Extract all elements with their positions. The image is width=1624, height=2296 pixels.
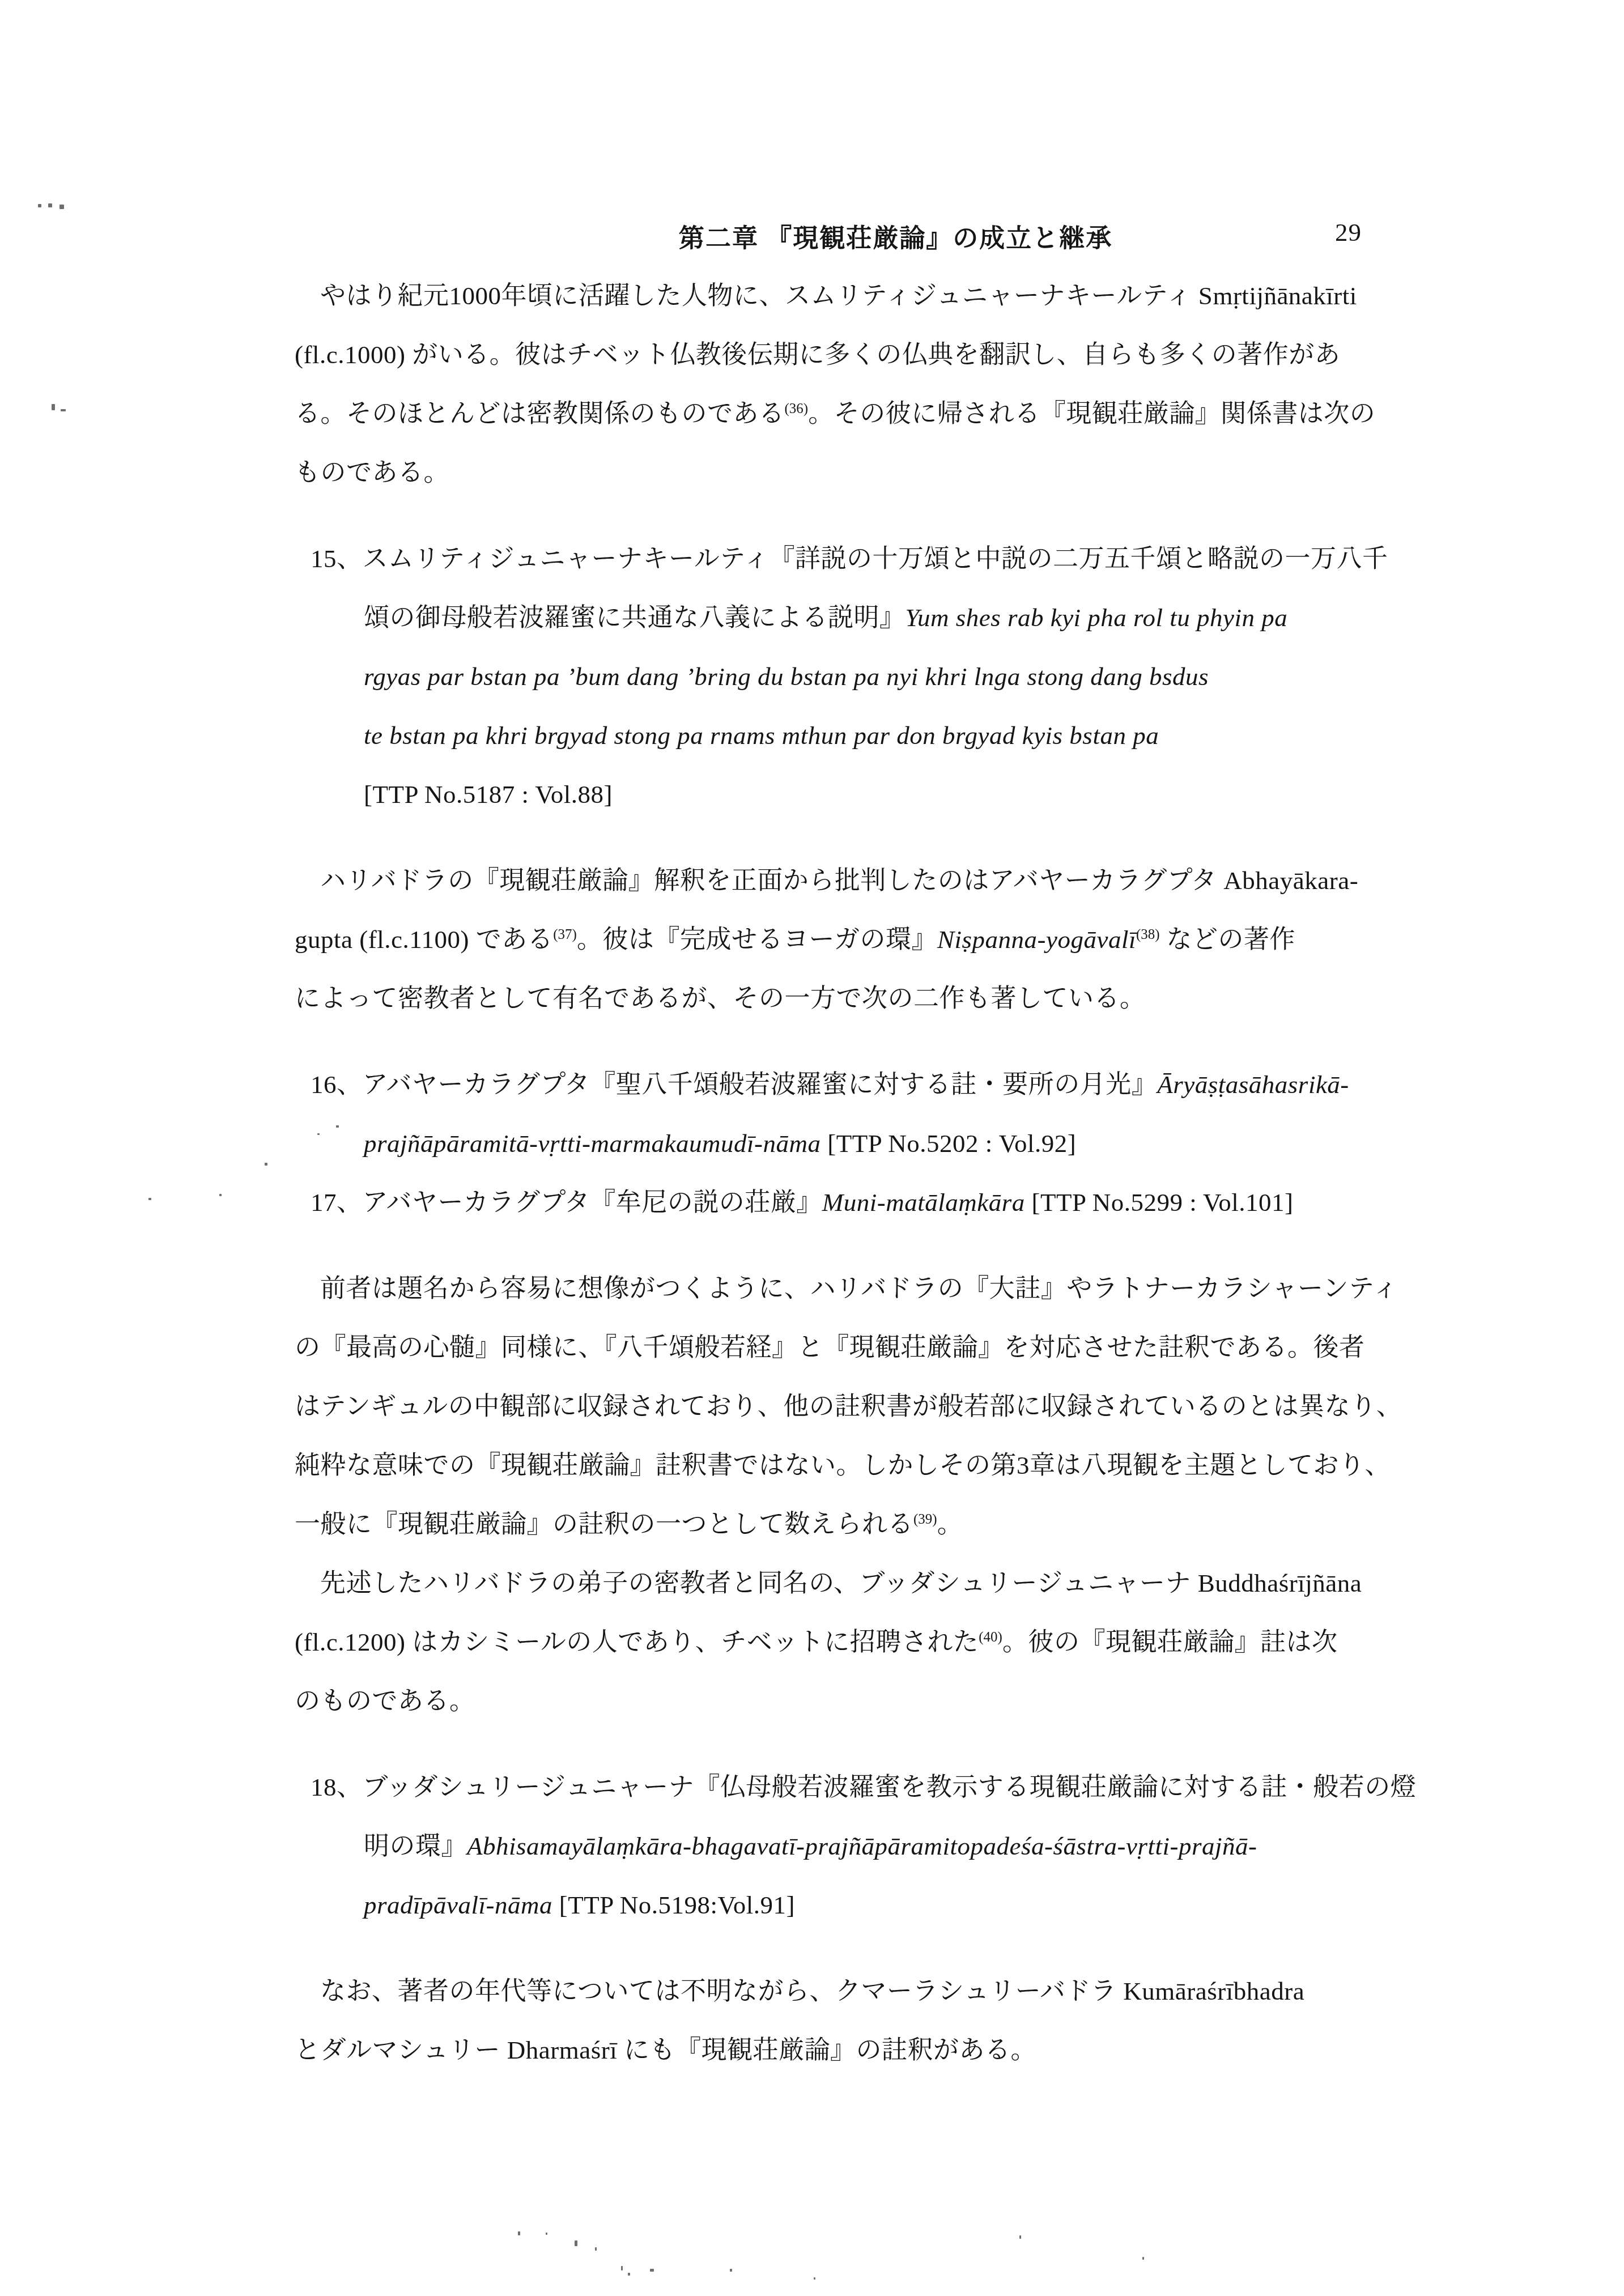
text-line: とダルマシュリー Dharmaśrī にも『現観荘厳論』の註釈がある。: [295, 2021, 1349, 2080]
text-segment: 17、アバヤーカラグプタ『牟尼の説の荘厳』: [311, 1188, 822, 1217]
text-segment: rgyas par bstan pa ’bum dang ’bring du b…: [364, 662, 1209, 691]
text-line: 明の環』Abhisamayālaṃkāra-bhagavatī-prajñāpā…: [295, 1817, 1349, 1876]
text-line: やはり紀元1000年頃に活躍した人物に、スムリティジュニャーナキールティ Smṛ…: [295, 266, 1349, 325]
text-line: (fl.c.1000) がいる。彼はチベット仏教後伝期に多くの仏典を翻訳し、自ら…: [295, 325, 1349, 384]
scan-artifact: [265, 1163, 267, 1166]
text-line: [TTP No.5187 : Vol.88]: [295, 765, 1349, 824]
scan-artifact: [575, 2240, 577, 2246]
paragraph: なお、著者の年代等については不明ながら、クマーラシュリーバドラ Kumāraśr…: [295, 1962, 1349, 2080]
paragraph: ハリバドラの『現観荘厳論』解釈を正面から批判したのはアバヤーカラグプタ Abha…: [295, 851, 1349, 1028]
text-segment: ハリバドラの『現観荘厳論』解釈を正面から批判したのはアバヤーカラグプタ: [320, 866, 1223, 895]
text-line: pradīpāvalī-nāma [TTP No.5198:Vol.91]: [295, 1876, 1349, 1934]
text-segment: [TTP No.5202 : Vol.92]: [820, 1129, 1076, 1158]
running-head: 第二章 『現観荘厳論』の成立と継承: [679, 218, 1112, 254]
scan-artifact: [595, 2247, 597, 2251]
text-line: 前者は題名から容易に想像がつくように、ハリバドラの『大註』やラトナーカラシャーン…: [295, 1259, 1349, 1318]
text-segment: 。彼は『完成せるヨーガの環』: [577, 925, 937, 954]
text-segment: Muni-matālaṃkāra: [822, 1188, 1025, 1217]
scan-artifact: [52, 404, 55, 410]
text-line: 17、アバヤーカラグプタ『牟尼の説の荘厳』Muni-matālaṃkāra [T…: [295, 1173, 1349, 1232]
footnote-ref: (36): [785, 401, 809, 416]
page-header: 第二章 『現観荘厳論』の成立と継承 29: [0, 218, 1624, 252]
text-line: の『最高の心髄』同様に、『八千頌般若経』と『現観荘厳論』を対応させた註釈である。…: [295, 1318, 1349, 1377]
text-segment: prajñāpāramitā-vṛtti-marmakaumudī-nāma: [364, 1129, 820, 1158]
footnote-ref: (38): [1136, 927, 1160, 942]
scan-artifact: [650, 2269, 654, 2272]
scan-artifact: [518, 2231, 520, 2235]
text-line: なお、著者の年代等については不明ながら、クマーラシュリーバドラ Kumāraśr…: [295, 1962, 1349, 2021]
text-segment: はテンギュルの中観部に収録されており、他の註釈書が般若部に収録されているのとは異…: [295, 1392, 1402, 1421]
scan-artifact: [336, 1125, 339, 1128]
text-segment: (fl.c.1000) がいる。彼はチベット仏教後伝期に多くの仏典を翻訳し、自ら…: [295, 341, 1340, 369]
text-segment: [TTP No.5198:Vol.91]: [552, 1891, 795, 1919]
text-segment: 18、ブッダシュリージュニャーナ『仏母般若波羅蜜を教示する現観荘厳論に対する註・…: [311, 1773, 1416, 1801]
text-segment: 純粋な意味での『現観荘厳論』註釈書ではない。しかしその第3章は八現観を主題として…: [295, 1451, 1391, 1479]
scan-artifact: [148, 1198, 151, 1200]
text-segment: る。そのほとんどは密教関係のものである: [295, 399, 785, 428]
scan-artifact: [48, 203, 52, 207]
text-segment: 。その彼に帰される『現観荘厳論』関係書は次の: [808, 399, 1375, 428]
paragraph: 先述したハリバドラの弟子の密教者と同名の、ブッダシュリージュニャーナ Buddh…: [295, 1554, 1349, 1730]
scan-artifact: [317, 1133, 320, 1135]
text-segment: Abhisamayālaṃkāra-bhagavatī-prajñāpārami…: [467, 1832, 1257, 1860]
text-segment: やはり紀元1000年頃に活躍した人物に、スムリティジュニャーナキールティ: [320, 282, 1198, 310]
text-segment: Buddhaśrījñāna: [1198, 1569, 1362, 1597]
text-segment: 。: [937, 1510, 963, 1538]
text-segment: のものである。: [295, 1687, 475, 1715]
text-line: 純粋な意味での『現観荘厳論』註釈書ではない。しかしその第3章は八現観を主題として…: [295, 1436, 1349, 1495]
scan-artifact: [814, 2277, 815, 2280]
text-segment: とダルマシュリー: [295, 2036, 507, 2064]
text-line: ハリバドラの『現観荘厳論』解釈を正面から批判したのはアバヤーカラグプタ Abha…: [295, 851, 1349, 910]
text-segment: Abhayākara-: [1223, 866, 1358, 895]
list-item: 18、ブッダシュリージュニャーナ『仏母般若波羅蜜を教示する現観荘厳論に対する註・…: [295, 1758, 1349, 1934]
text-segment: (fl.c.1200) はカシミールの人であり、チベットに招聘された: [295, 1628, 979, 1656]
text-segment: [TTP No.5299 : Vol.101]: [1025, 1188, 1294, 1217]
text-segment: Āryāṣṭasāhasrikā-: [1157, 1070, 1349, 1099]
text-segment: Yum shes rab kyi pha rol tu phyin pa: [905, 603, 1288, 632]
text-segment: などの著作: [1160, 925, 1295, 954]
text-segment: 16、アバヤーカラグプタ『聖八千頌般若波羅蜜に対する註・要所の月光』: [311, 1070, 1157, 1099]
page-body: やはり紀元1000年頃に活躍した人物に、スムリティジュニャーナキールティ Smṛ…: [295, 266, 1349, 2107]
text-segment: の『最高の心髄』同様に、『八千頌般若経』と『現観荘厳論』を対応させた註釈である。…: [295, 1333, 1365, 1362]
list-item: 17、アバヤーカラグプタ『牟尼の説の荘厳』Muni-matālaṃkāra [T…: [295, 1173, 1349, 1232]
page-number: 29: [1335, 218, 1362, 247]
text-segment: Smṛtijñānakīrti: [1198, 282, 1357, 310]
text-segment: 頌の御母般若波羅蜜に共通な八義による説明』: [364, 603, 905, 632]
text-segment: te bstan pa khri brgyad stong pa rnams m…: [364, 721, 1159, 750]
text-line: (fl.c.1200) はカシミールの人であり、チベットに招聘された(40)。彼…: [295, 1613, 1349, 1672]
footnote-ref: (37): [553, 927, 577, 942]
footnote-ref: (39): [913, 1512, 937, 1527]
paragraph: やはり紀元1000年頃に活躍した人物に、スムリティジュニャーナキールティ Smṛ…: [295, 266, 1349, 502]
text-segment: 一般に『現観荘厳論』の註釈の一つとして数えられる: [295, 1510, 913, 1538]
text-segment: にも『現観荘厳論』の註釈がある。: [617, 2036, 1036, 2064]
text-line: はテンギュルの中観部に収録されており、他の註釈書が般若部に収録されているのとは異…: [295, 1377, 1349, 1436]
list-item: 15、スムリティジュニャーナキールティ『詳説の十万頌と中説の二万五千頌と略説の一…: [295, 529, 1349, 824]
text-line: rgyas par bstan pa ’bum dang ’bring du b…: [295, 647, 1349, 706]
text-line: ものである。: [295, 443, 1349, 502]
paragraph: 前者は題名から容易に想像がつくように、ハリバドラの『大註』やラトナーカラシャーン…: [295, 1259, 1349, 1554]
text-segment: 明の環』: [364, 1832, 467, 1860]
text-segment: Kumāraśrībhadra: [1123, 1977, 1304, 2005]
text-line: 18、ブッダシュリージュニャーナ『仏母般若波羅蜜を教示する現観荘厳論に対する註・…: [295, 1758, 1349, 1817]
scan-artifact: [59, 205, 64, 209]
text-line: によって密教者として有名であるが、その一方で次の二作も著している。: [295, 969, 1349, 1028]
scan-artifact: [61, 409, 66, 411]
list-item: 16、アバヤーカラグプタ『聖八千頌般若波羅蜜に対する註・要所の月光』Āryāṣṭ…: [295, 1055, 1349, 1173]
text-segment: Dharmaśrī: [507, 2036, 617, 2064]
text-line: 一般に『現観荘厳論』の註釈の一つとして数えられる(39)。: [295, 1495, 1349, 1554]
text-line: のものである。: [295, 1672, 1349, 1730]
scan-artifact: [219, 1194, 222, 1196]
text-line: 16、アバヤーカラグプタ『聖八千頌般若波羅蜜に対する註・要所の月光』Āryāṣṭ…: [295, 1055, 1349, 1114]
text-segment: 前者は題名から容易に想像がつくように、ハリバドラの『大註』やラトナーカラシャーン…: [320, 1274, 1398, 1303]
scan-artifact: [38, 204, 41, 207]
footnote-ref: (40): [979, 1630, 1002, 1645]
text-segment: 。彼の『現観荘厳論』註は次: [1002, 1628, 1338, 1656]
scan-artifact: [546, 2233, 547, 2235]
scan-artifact: [621, 2266, 623, 2271]
text-line: te bstan pa khri brgyad stong pa rnams m…: [295, 706, 1349, 765]
text-line: 頌の御母般若波羅蜜に共通な八義による説明』Yum shes rab kyi ph…: [295, 588, 1349, 647]
text-segment: Niṣpanna-yogāvalī: [937, 925, 1136, 954]
text-segment: によって密教者として有名であるが、その一方で次の二作も著している。: [295, 984, 1146, 1013]
text-segment: なお、著者の年代等については不明ながら、クマーラシュリーバドラ: [320, 1977, 1123, 2005]
text-segment: ものである。: [295, 458, 449, 487]
text-line: gupta (fl.c.1100) である(37)。彼は『完成せるヨーガの環』N…: [295, 910, 1349, 969]
text-line: 先述したハリバドラの弟子の密教者と同名の、ブッダシュリージュニャーナ Buddh…: [295, 1554, 1349, 1613]
scan-artifact: [628, 2273, 630, 2276]
scan-artifact: [1019, 2235, 1021, 2239]
scan-artifact: [730, 2269, 732, 2272]
text-segment: 先述したハリバドラの弟子の密教者と同名の、ブッダシュリージュニャーナ: [320, 1569, 1198, 1597]
text-line: prajñāpāramitā-vṛtti-marmakaumudī-nāma […: [295, 1114, 1349, 1173]
text-segment: 15、スムリティジュニャーナキールティ『詳説の十万頌と中説の二万五千頌と略説の一…: [311, 545, 1388, 573]
text-line: 15、スムリティジュニャーナキールティ『詳説の十万頌と中説の二万五千頌と略説の一…: [295, 529, 1349, 588]
text-segment: [TTP No.5187 : Vol.88]: [364, 780, 613, 809]
scan-artifact: [1142, 2257, 1144, 2260]
text-segment: gupta (fl.c.1100) である: [295, 925, 553, 954]
text-line: る。そのほとんどは密教関係のものである(36)。その彼に帰される『現観荘厳論』関…: [295, 384, 1349, 443]
text-segment: pradīpāvalī-nāma: [364, 1891, 552, 1919]
document-page: 第二章 『現観荘厳論』の成立と継承 29 やはり紀元1000年頃に活躍した人物に…: [0, 0, 1624, 2296]
